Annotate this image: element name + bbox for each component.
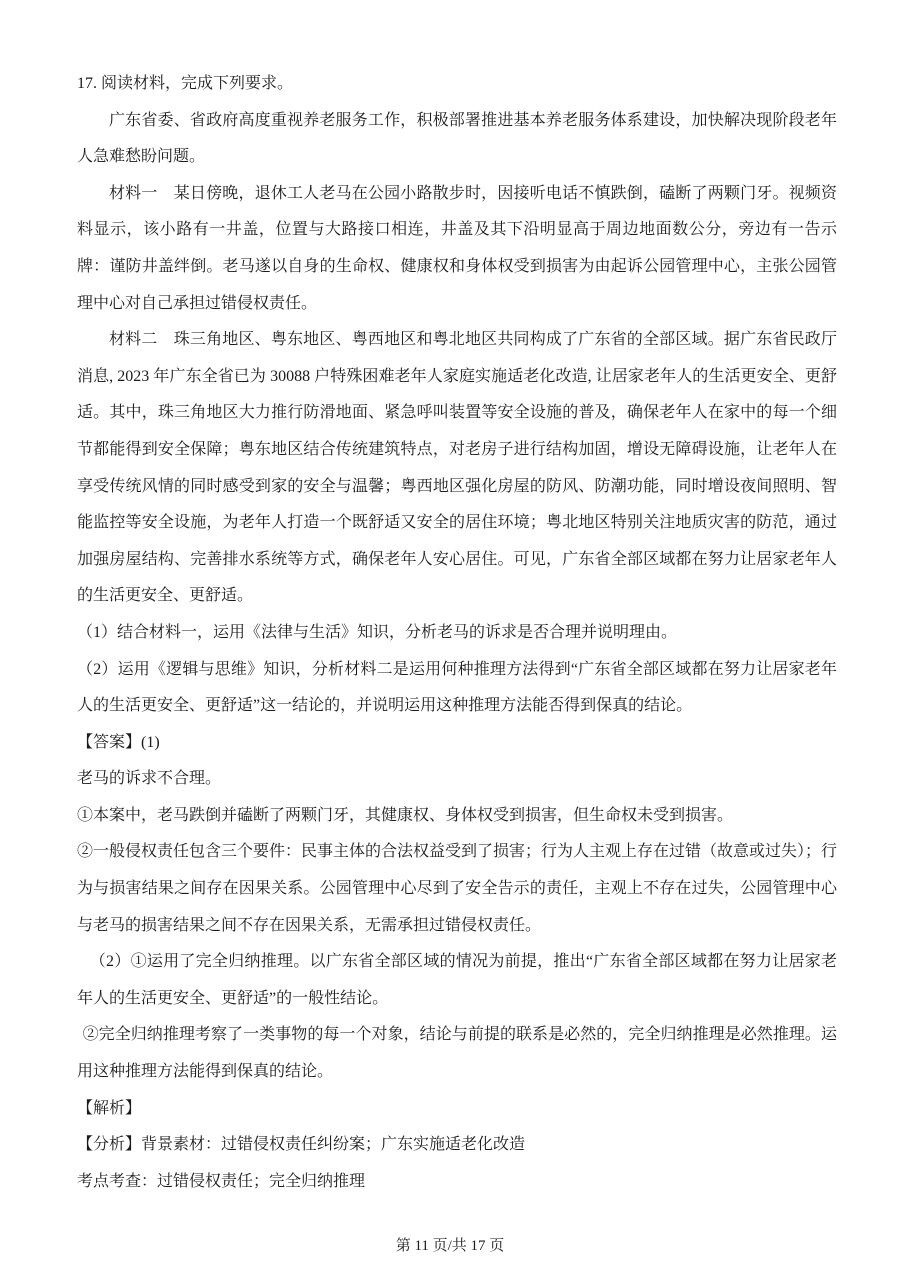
- analysis-exam-points: 考点考查：过错侵权责任；完全归纳推理: [77, 1164, 837, 1201]
- question-part-2: （2）运用《逻辑与思维》知识，分析材料二是运用何种推理方法得到“广东省全部区域都…: [77, 652, 837, 725]
- answer-1-point-1: ①本案中，老马跌倒并磕断了两颗门牙，其健康权、身体权受到损害，但生命权未受到损害…: [77, 798, 837, 835]
- answer-2-point-2: ②完全归纳推理考察了一类事物的每一个对象，结论与前提的联系是必然的，完全归纳推理…: [77, 1017, 837, 1090]
- analysis-background: 【分析】背景素材：过错侵权责任纠纷案；广东实施适老化改造: [77, 1127, 837, 1164]
- answer-1-conclusion: 老马的诉求不合理。: [77, 761, 837, 798]
- question-17-block: 17. 阅读材料，完成下列要求。 广东省委、省政府高度重视养老服务工作，积极部署…: [77, 66, 837, 1200]
- page-number-footer: 第 11 页/共 17 页: [0, 1234, 900, 1255]
- answer-label-line: 【答案】(1): [77, 725, 837, 762]
- answer-2-point-1: （2）①运用了完全归纳推理。以广东省全部区域的情况为前提，推出“广东省全部区域都…: [77, 944, 837, 1017]
- intro-paragraph: 广东省委、省政府高度重视养老服务工作，积极部署推进基本养老服务体系建设，加快解决…: [77, 103, 837, 176]
- question-17-heading: 17. 阅读材料，完成下列要求。: [77, 66, 837, 103]
- material-2-paragraph: 材料二 珠三角地区、粤东地区、粤西地区和粤北地区共同构成了广东省的全部区域。据广…: [77, 322, 837, 615]
- analysis-label: 【解析】: [77, 1091, 837, 1128]
- answer-1-point-2: ②一般侵权责任包含三个要件：民事主体的合法权益受到了损害；行为人主观上存在过错（…: [77, 834, 837, 944]
- document-page: 17. 阅读材料，完成下列要求。 广东省委、省政府高度重视养老服务工作，积极部署…: [0, 0, 900, 1273]
- question-part-1: （1）结合材料一，运用《法律与生活》知识，分析老马的诉求是否合理并说明理由。: [77, 615, 837, 652]
- material-1-paragraph: 材料一 某日傍晚，退休工人老马在公园小路散步时，因接听电话不慎跌倒，磕断了两颗门…: [77, 176, 837, 322]
